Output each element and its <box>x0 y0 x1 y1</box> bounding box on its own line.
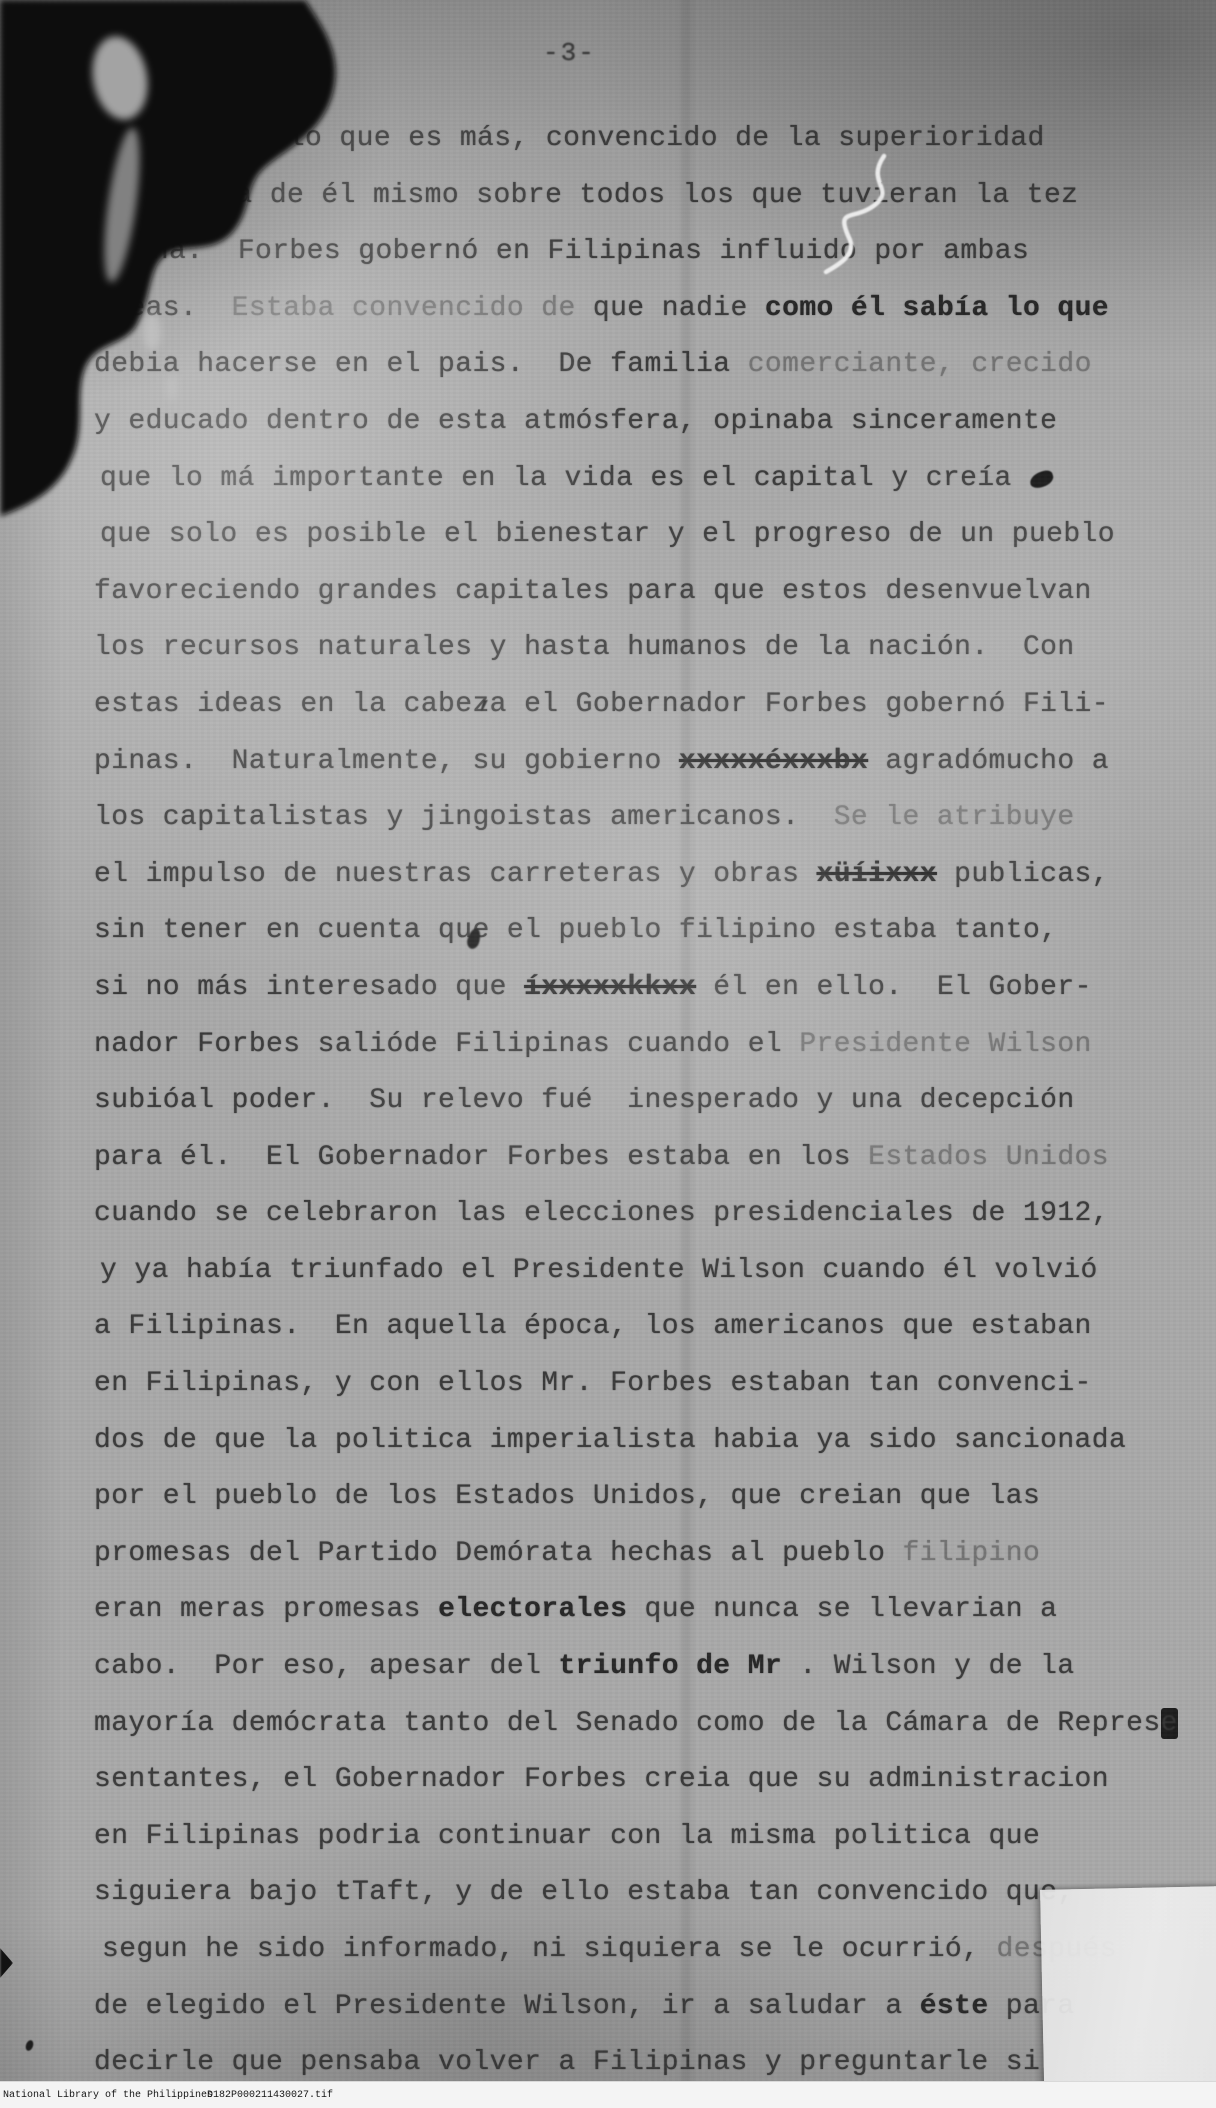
text-line: sentantes, el Gobernador Forbes creia qu… <box>94 1752 1206 1809</box>
text-line: el impulso de nuestras carreteras y obra… <box>94 847 1206 904</box>
text-line: subióal poder. Su relevo fué inesperado … <box>94 1073 1206 1130</box>
footer-strip: National Library of the Philippines D182… <box>0 2081 1216 2108</box>
paper-patch <box>1040 1886 1216 2090</box>
text-line: de elegido el Presidente Wilson, ir a sa… <box>94 1979 1206 2036</box>
text-line: cuando se celebraron las elecciones pres… <box>94 1186 1206 1243</box>
photo-corner-tear <box>0 0 430 590</box>
film-scratch <box>796 148 916 278</box>
text-line: en Filipinas, y con ellos Mr. Forbes est… <box>94 1356 1206 1413</box>
text-line: los recursos naturales y hasta humanos d… <box>94 620 1206 677</box>
text-line: promesas del Partido Demórata hechas al … <box>94 1526 1206 1583</box>
text-line: los capitalistas y jingoistas americanos… <box>94 790 1206 847</box>
text-line: para él. El Gobernador Forbes estaba en … <box>94 1130 1206 1187</box>
text-line: por el pueblo de los Estados Unidos, que… <box>94 1469 1206 1526</box>
text-line: mayoría demócrata tanto del Senado como … <box>94 1696 1206 1753</box>
text-line: estas ideas en la cabeza el Gobernador F… <box>94 677 1206 734</box>
text-line: nador Forbes salióde Filipinas cuando el… <box>94 1017 1206 1074</box>
text-line: sin tener en cuenta que el pueblo filipi… <box>94 903 1206 960</box>
text-line: dos de que la politica imperialista habi… <box>94 1413 1206 1470</box>
document-scan: -3- or, sino lo que es más, convencido d… <box>0 0 1216 2108</box>
ink-blot <box>1028 468 1055 490</box>
footer-filename-label: D182P000211430027.tif <box>207 2090 333 2101</box>
text-line: en Filipinas podria continuar con la mis… <box>94 1809 1206 1866</box>
text-line: si no más interesado que íxxxxxkkxx él e… <box>94 960 1206 1017</box>
text-line: eran meras promesas electorales que nunc… <box>94 1582 1206 1639</box>
text-line: cabo. Por eso, apesar del triunfo de Mr … <box>94 1639 1206 1696</box>
page-number: -3- <box>543 38 596 68</box>
text-line: pinas. Naturalmente, su gobierno xxxxxéx… <box>94 734 1206 791</box>
text-line: a Filipinas. En aquella época, los ameri… <box>94 1299 1206 1356</box>
stray-mark: ’ <box>474 698 494 736</box>
footer-library-label: National Library of the Philippines <box>3 2090 213 2101</box>
text-line: y ya había triunfado el Presidente Wilso… <box>100 1243 1206 1300</box>
